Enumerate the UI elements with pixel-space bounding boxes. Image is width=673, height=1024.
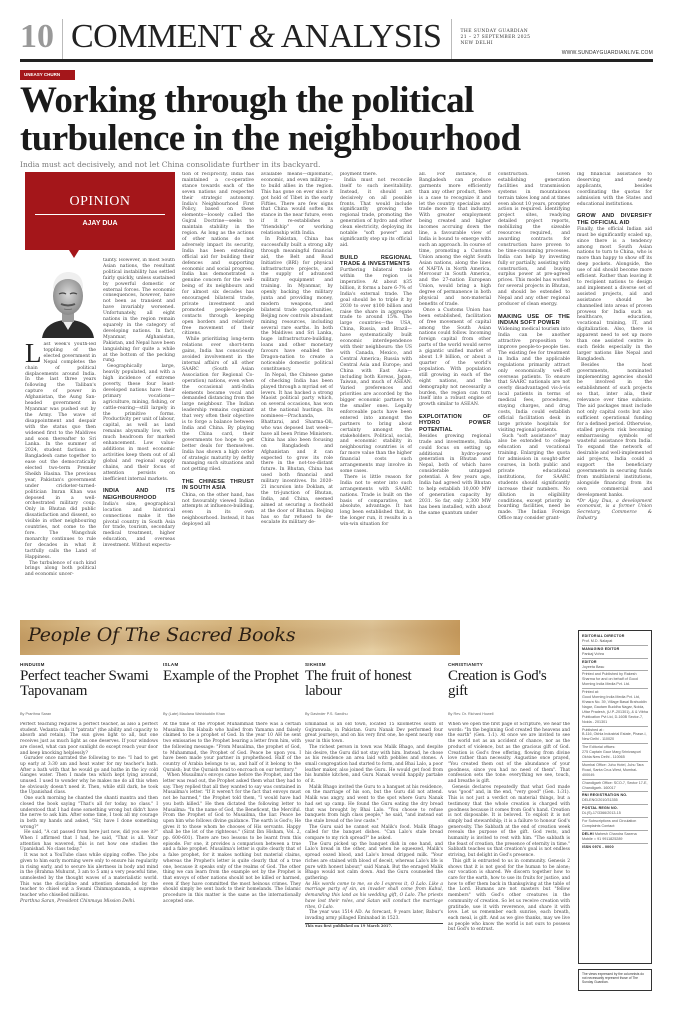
section-title: COMMENT & ANALYSIS [63, 19, 452, 59]
article-kicker: UNEASY CHURN [20, 70, 75, 80]
paragraph: India's size, geographical location and … [103, 502, 175, 549]
article-column-7: construction. Given establishing generat… [498, 172, 570, 597]
drop-cap: L [25, 342, 44, 364]
author-portrait-image [40, 266, 96, 338]
paragraph: Once a Customs Union has been establishe… [419, 308, 491, 408]
paragraph: The turbulence of such kind brings along… [25, 561, 96, 579]
paragraph: Gurudev once narrated the following to m… [20, 756, 158, 796]
article-body-christianity: When we open the first page of Scripture… [448, 722, 570, 1002]
article-standfirst: India must act decisively, and not let C… [20, 160, 320, 169]
sacred-books-banner: People Of The Sacred Books [20, 620, 460, 655]
paragraph: It was not a YouTube class while sipping… [20, 853, 158, 899]
paragraph: Finally, the official Indian aid must be… [577, 227, 652, 363]
paragraph: Besides growing regional trade and inves… [419, 434, 491, 517]
author-name: AJAY DUA [25, 220, 175, 227]
subheading: INDIA AND ITS NEIGHBOURHOOD [103, 488, 175, 500]
paragraph: Eminabad is an old town, located 15 kilo… [305, 722, 443, 745]
verse-quote: As His words come to me, so do I express… [305, 882, 443, 911]
issn-number: ISSN 0976 - 0000 [582, 845, 648, 850]
article-column-5: ployment there. India must not reconcile… [340, 172, 412, 597]
chandigarh-office: Chandigarh Office: SCO-7, Sector 17-E, C… [582, 781, 648, 791]
subheading: EXPLOITATION OF HYDRO POWER POTENTIAL [419, 414, 491, 433]
paragraph: He said, "A cat passed from here just no… [20, 830, 158, 853]
section-title-right: ANALYSIS [275, 18, 442, 55]
byline-sikhism: By Davinder P.S. Sandhu [305, 712, 348, 716]
headline-christianity: Creation is God's gift [448, 669, 568, 699]
headline-hinduism: Perfect teacher Swami Tapovanam [20, 669, 160, 699]
byline-hinduism: By Prarthna Saran [20, 712, 51, 716]
banner-title: People Of The Sacred Books [28, 624, 295, 646]
section-label-sikhism: SIKHISM [305, 662, 326, 667]
subscriptions-contact: For Subscriptions and Circulation Compla… [582, 819, 648, 829]
website-link[interactable]: WWW.SUNDAYGUARDIANLIVE.COM [562, 50, 653, 59]
paragraph: There is little reason for India not to … [340, 475, 412, 528]
subheading: MAKING USE OF THE INDIAN SOFT POWER [498, 314, 570, 326]
editorial-director: Prof. M.D. Nalapat [582, 639, 648, 644]
paragraph: The year was 1514 AD. As forecast, 9 yea… [305, 910, 443, 921]
article-column-1: Last week's youth-led toppling of the el… [25, 342, 96, 597]
paragraph: Widening medical tourism into India can … [498, 327, 570, 433]
publication-footnote: This was first published on 19 March 201… [305, 923, 443, 930]
publication-meta: THE SUNDAY GUARDIAN 21 – 27 SEPTEMBER 20… [452, 29, 530, 59]
paragraph: The Guru said he cannot eat Malik's food… [305, 825, 443, 842]
paragraph: all. For instance, if Bangladesh can pro… [419, 172, 491, 308]
mobile-number: Mobile = 91 9911825289 [582, 837, 648, 842]
subheading: GROW AND DIVERSIFY THE OFFICIAL AID [577, 213, 652, 225]
paragraph: tion of reciprocity, India has maintaine… [182, 172, 254, 337]
paragraph: The Guru picked up the banquet dish in o… [305, 842, 443, 882]
byline-islam: By (Late) Maulana Wahiduddin Khan [163, 712, 225, 716]
masthead: 10 COMMENT & ANALYSIS THE SUNDAY GUARDIA… [20, 16, 653, 62]
delhi-contact: Mahesh Chandra Saxena [595, 832, 637, 836]
article-column-6: all. For instance, if Bangladesh can pro… [419, 172, 491, 597]
paragraph: Besides the host governments, nominated … [577, 363, 652, 499]
managing-editor: Pankaj Vohra [582, 652, 648, 657]
published-at-address: B-116, Okhla Industrial Estate, Phase-I,… [582, 732, 648, 742]
paragraph: ing financial assistance to deserving an… [577, 172, 652, 207]
paragraph: At the time of the Prophet Muhammad ther… [163, 722, 301, 773]
section-label-hinduism: HINDUISM [20, 662, 45, 667]
mumbai-office: Mumbai Office: Juhu Hotel, Juhu Tara Roa… [582, 763, 648, 778]
rni-number: DELENG/2010/31355 [582, 798, 648, 803]
headline-sikhism: The fruit of honest labour [305, 669, 445, 699]
article-body-hinduism: Perfect teaching requires a perfect teac… [20, 722, 158, 997]
paragraph: In Nepal, the Chinese game of checking I… [261, 373, 333, 527]
subheading: THE CHINESE THRUST IN SOUTH ASIA [182, 479, 254, 491]
article-column-2: tainty. However, in most South Asian nat… [103, 258, 175, 597]
paragraph: While prioritizing long-term relations o… [182, 337, 254, 473]
disclaimer-box: The views expressed by the columnists do… [578, 969, 652, 991]
imprint-label: DELHI [582, 832, 594, 836]
paragraph: Furthering bilateral trade within the re… [340, 268, 412, 475]
editor: Joyeeta Basu [582, 665, 648, 670]
author-bio: *Dr Ajay Dua, a development economist, i… [577, 499, 652, 522]
opinion-divider [35, 214, 165, 215]
page-number: 10 [20, 19, 63, 59]
paragraph: Malik Bhago invited the Guru to a banque… [305, 785, 443, 825]
paragraph: Geographically large, heavily populated,… [103, 364, 175, 482]
paragraph: Genesis declares repeatedly that what Go… [448, 785, 570, 859]
paragraph: China, on the other hand, has not favour… [182, 493, 254, 528]
paragraph: Perfect teaching requires a perfect teac… [20, 722, 158, 756]
paragraph: In Pakistan, China has successfully buil… [261, 237, 333, 373]
paragraph: This gift is entrusted to us in communit… [448, 859, 570, 933]
paragraph: construction. Given establishing generat… [498, 172, 570, 308]
author-signature: Prarthna Saran, President Chinmaya Missi… [20, 899, 158, 905]
paragraph: When we open the first page of Scripture… [448, 722, 570, 785]
section-label-islam: ISLAM [163, 662, 179, 667]
section-title-left: COMMENT [71, 18, 249, 55]
article-headline: Working through the political turbulence… [20, 82, 580, 158]
editorial-offices-address: 275 Captain Gaur Marg Srinivaspuri Okhla… [582, 750, 648, 760]
opinion-box: OPINION AJAY DUA [25, 172, 175, 250]
paragraph: One such morning he chanted the shanti m… [20, 796, 158, 830]
printed-at-address: Good Morning India Media Pvt. Ltd, Khasr… [582, 695, 648, 724]
article-body-sikhism: Eminabad is an old town, located 15 kilo… [305, 722, 443, 1002]
imprint-box: EDITORIAL DIRECTORProf. M.D. Nalapat MAN… [578, 630, 652, 964]
paragraph: tainty. However, in most South Asian nat… [103, 258, 175, 364]
postal-number: DL(S)-17/3366/2013-15 [582, 811, 648, 816]
paragraph: The richest person in town was Malik Bha… [305, 745, 443, 785]
paragraph: available means—diplomatic, economic, an… [261, 172, 333, 237]
article-body-islam: At the time of the Prophet Muhammad ther… [163, 722, 301, 997]
paragraph: India must not reconcile itself to such … [340, 178, 412, 249]
opinion-label: OPINION [25, 194, 175, 210]
section-title-ampersand: & [249, 18, 275, 55]
section-label-christianity: CHRISTIANITY [448, 662, 483, 667]
paragraph: When Musailma's envoys came before the P… [163, 773, 301, 904]
printer-publisher: Printed and Published by Rakesh Sharma f… [582, 672, 648, 687]
subheading: BUILD REGIONAL TRADE & INVESTMENTS [340, 255, 412, 267]
issue-city: NEW DELHI [460, 41, 530, 47]
article-column-4: available means—diplomatic, economic, an… [261, 172, 333, 597]
article-column-8: ing financial assistance to deserving an… [577, 172, 652, 624]
paragraph: ast week's youth-led toppling of the ele… [25, 342, 96, 560]
paragraph: Such "soft assistance" may also be exten… [498, 434, 570, 523]
headline-islam: Example of the Prophet [163, 669, 303, 684]
article-column-3: tion of reciprocity, India has maintaine… [182, 172, 254, 597]
byline-christianity: By Rev. Dr. Richard Howell [448, 712, 494, 716]
